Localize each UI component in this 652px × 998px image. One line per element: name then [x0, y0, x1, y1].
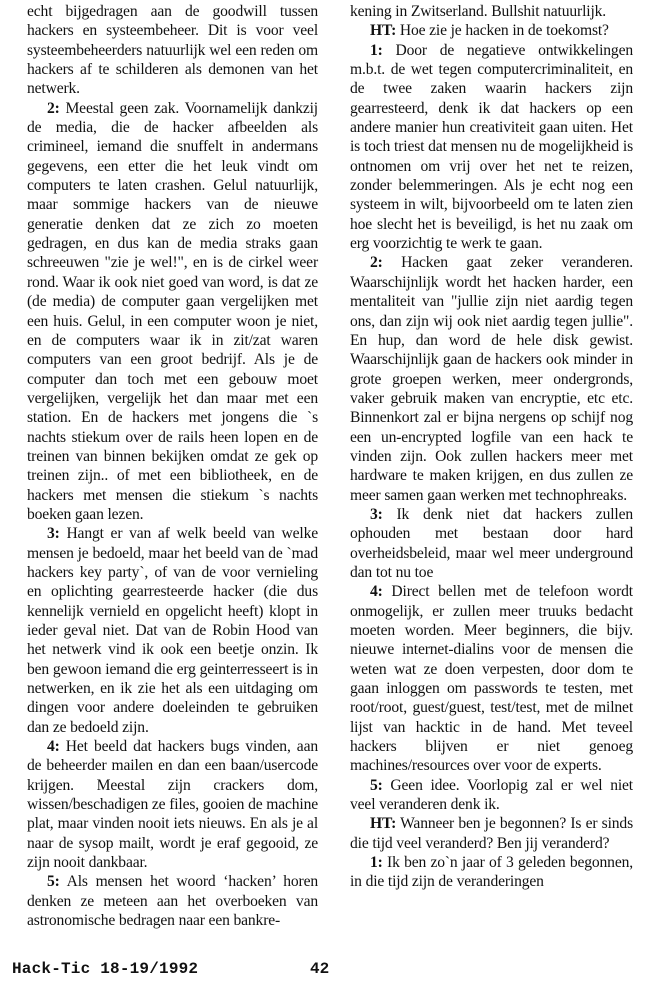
paragraph-text: Meestal geen zak. Voornamelijk dankzij d… — [27, 100, 318, 523]
speaker-label: 3: — [47, 525, 60, 542]
paragraph-text: Door de negatieve ontwikkelingen m.b.t. … — [350, 42, 633, 252]
paragraph: 4: Het beeld dat hackers bugs vinden, aa… — [27, 737, 318, 872]
paragraph: HT: Wanneer ben je begonnen? Is er sinds… — [350, 814, 633, 853]
paragraph-text: Het beeld dat hackers bugs vinden, aan d… — [27, 738, 318, 871]
speaker-label: 2: — [47, 100, 60, 117]
paragraph-text: Geen idee. Voorlopig zal er wel niet vee… — [350, 777, 633, 813]
speaker-label: 5: — [370, 777, 383, 794]
footer-publication: Hack-Tic 18-19/1992 — [12, 960, 198, 978]
speaker-label: 4: — [47, 738, 60, 755]
paragraph-text: Hacken gaat zeker veranderen. Waarschijn… — [350, 254, 633, 503]
paragraph: 5: Als mensen het woord ‘hacken’ horen d… — [27, 872, 318, 930]
paragraph: 3: Ik denk niet dat hackers zullen ophou… — [350, 505, 633, 582]
paragraph: echt bijgedragen aan de goodwill tussen … — [27, 2, 318, 99]
paragraph: 3: Hangt er van af welk beeld van welke … — [27, 524, 318, 737]
paragraph: 2: Hacken gaat zeker veranderen. Waarsch… — [350, 253, 633, 504]
paragraph: 2: Meestal geen zak. Voornamelijk dankzi… — [27, 99, 318, 525]
page-number: 42 — [310, 960, 329, 978]
speaker-label: 1: — [370, 854, 383, 871]
paragraph: kening in Zwitserland. Bullshit natuurli… — [350, 2, 633, 21]
left-column: echt bijgedragen aan de goodwill tussen … — [27, 2, 318, 931]
paragraph: 1: Ik ben zo`n jaar of 3 geleden begonne… — [350, 853, 633, 892]
speaker-label: 3: — [370, 506, 383, 523]
paragraph-text: Hoe zie je hacken in de toekomst? — [396, 22, 609, 39]
speaker-label: 1: — [370, 42, 383, 59]
speaker-label: HT: — [370, 22, 396, 39]
paragraph: 1: Door de negatieve ontwikkelingen m.b.… — [350, 41, 633, 254]
paragraph-text: echt bijgedragen aan de goodwill tussen … — [27, 3, 318, 97]
speaker-label: HT: — [370, 815, 396, 832]
speaker-label: 5: — [47, 873, 60, 890]
paragraph-text: Ik ben zo`n jaar of 3 geleden begonnen, … — [350, 854, 633, 890]
paragraph-text: Direct bellen met de telefoon wordt onmo… — [350, 583, 633, 774]
paragraph: HT: Hoe zie je hacken in de toekomst? — [350, 21, 633, 40]
paragraph-text: Als mensen het woord ‘hacken’ horen denk… — [27, 873, 318, 929]
speaker-label: 4: — [370, 583, 383, 600]
right-column: kening in Zwitserland. Bullshit natuurli… — [350, 2, 633, 892]
paragraph: 5: Geen idee. Voorlopig zal er wel niet … — [350, 776, 633, 815]
paragraph-text: Ik denk niet dat hackers zullen ophouden… — [350, 506, 633, 581]
paragraph: 4: Direct bellen met de telefoon wordt o… — [350, 582, 633, 775]
paragraph-text: kening in Zwitserland. Bullshit natuurli… — [350, 3, 606, 20]
paragraph-text: Hangt er van af welk beeld van welke men… — [27, 525, 318, 735]
speaker-label: 2: — [370, 254, 383, 271]
